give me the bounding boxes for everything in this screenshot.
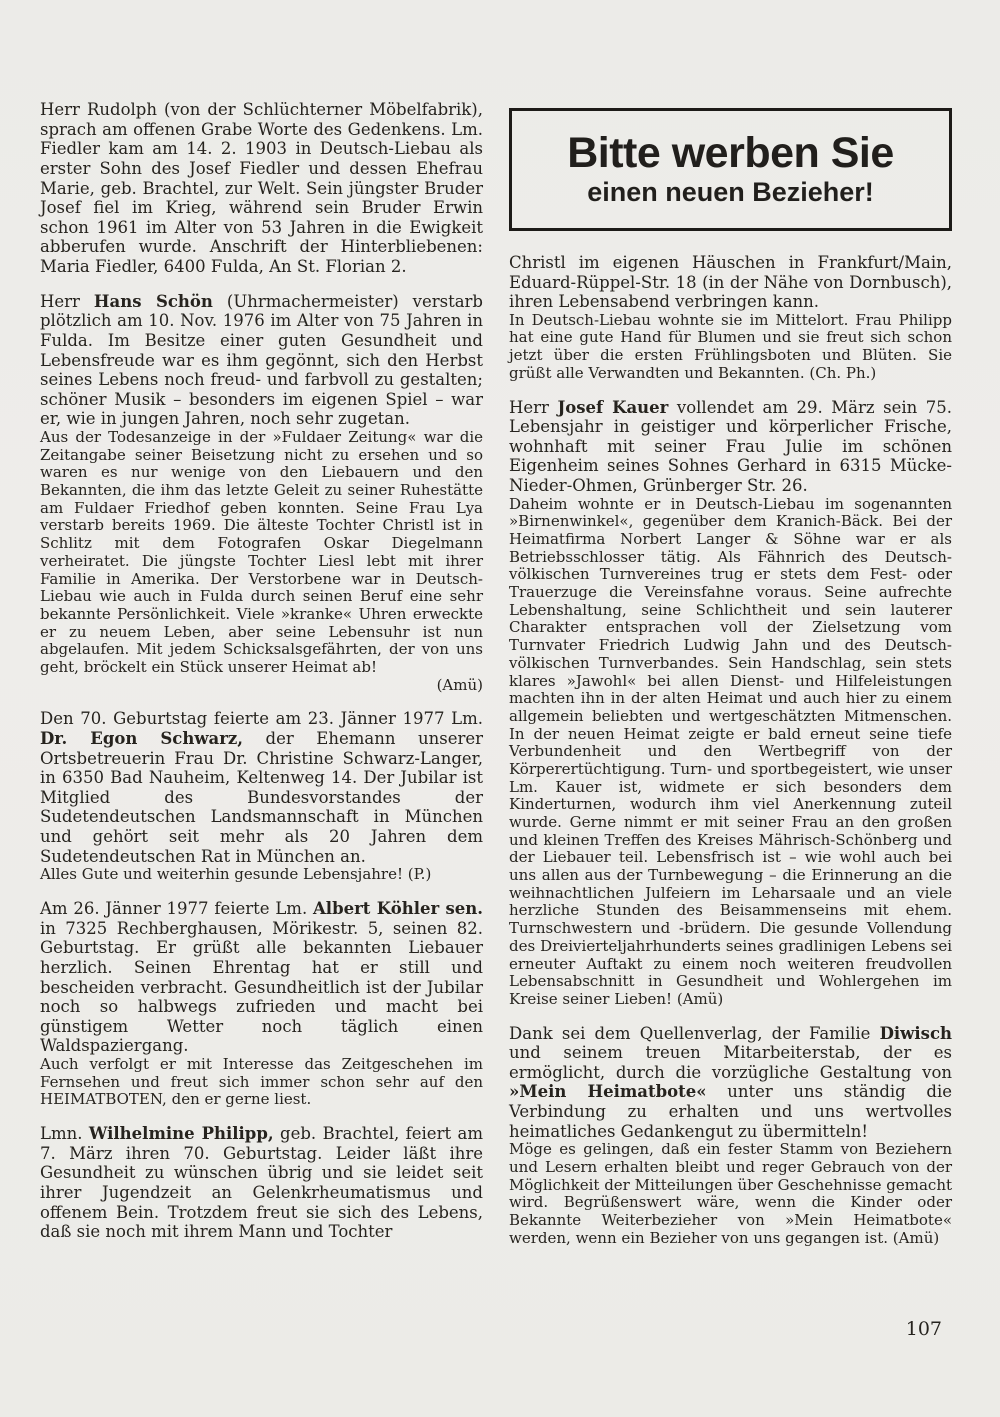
signature-text: (Amü) (437, 676, 483, 694)
paragraph-small: Alles Gute und weiterhin gesunde Lebensj… (40, 866, 483, 884)
obituary-fiedler-continuation: Herr Rudolph (von der Schlüchterner Möbe… (40, 100, 483, 277)
paragraph: Am 26. Jänner 1977 feierte Lm. Albert Kö… (40, 899, 483, 1056)
paragraph-text: der Ehemann unserer Ortsbetreuerin Frau … (40, 729, 483, 866)
birthday-egon-schwarz: Den 70. Geburtstag feierte am 23. Jänner… (40, 709, 483, 884)
birthday-albert-koehler: Am 26. Jänner 1977 feierte Lm. Albert Kö… (40, 899, 483, 1109)
paragraph-text: Aus der Todesanzeige in der »Fuldaer Zei… (40, 428, 483, 676)
person-name: Hans Schön (94, 292, 213, 311)
person-name: Dr. Egon Schwarz, (40, 729, 243, 748)
paragraph-small: Auch verfolgt er mit Interesse das Zeitg… (40, 1056, 483, 1109)
paragraph-text: Herr (40, 292, 94, 311)
paragraph-text: Möge es gelingen, daß ein fester Stamm v… (509, 1140, 952, 1246)
page-number: 107 (906, 1318, 942, 1340)
paragraph-text: In Deutsch-Liebau wohnte sie im Mittelor… (509, 311, 952, 382)
obituary-hans-schoen: Herr Hans Schön (Uhrmachermeister) verst… (40, 292, 483, 695)
paragraph: Den 70. Geburtstag feierte am 23. Jänner… (40, 709, 483, 866)
paragraph: Herr Rudolph (von der Schlüchterner Möbe… (40, 100, 483, 277)
birthday-josef-kauer: Herr Josef Kauer vollendet am 29. März s… (509, 398, 952, 1009)
paragraph: Lmn. Wilhelmine Philipp, geb. Brachtel, … (40, 1124, 483, 1242)
birthday-philipp-continuation: Christl im eigenen Häuschen in Frankfurt… (509, 253, 952, 383)
newsletter-page: Herr Rudolph (von der Schlüchterner Möbe… (0, 0, 1000, 1417)
publication-name: »Mein Heimatbote« (509, 1082, 707, 1101)
paragraph-text: Den 70. Geburtstag feierte am 23. Jänner… (40, 709, 483, 728)
paragraph-text: in 7325 Rechberghausen, Mörikestr. 5, se… (40, 919, 483, 1056)
signature: (Amü) (40, 677, 483, 695)
paragraph-text: (Uhrmachermeister) verstarb plötzlich am… (40, 292, 483, 429)
paragraph-text: Christl im eigenen Häuschen in Frankfurt… (509, 253, 952, 311)
person-name: Albert Köhler sen. (313, 899, 483, 918)
birthday-wilhelmine-philipp: Lmn. Wilhelmine Philipp, geb. Brachtel, … (40, 1124, 483, 1242)
person-name: Josef Kauer (557, 398, 668, 417)
right-column: Bitte werben Sie einen neuen Bezieher! C… (509, 100, 952, 1262)
paragraph-text: Herr (509, 398, 557, 417)
family-name: Diwisch (880, 1024, 952, 1043)
paragraph-text: Alles Gute und weiterhin gesunde Lebensj… (40, 865, 431, 883)
paragraph-text: Dank sei dem Quellenverlag, der Familie (509, 1024, 880, 1043)
left-column: Herr Rudolph (von der Schlüchterner Möbe… (40, 100, 483, 1262)
ad-headline: Bitte werben Sie (518, 131, 943, 176)
paragraph-small: Daheim wohnte er in Deutsch-Liebau im so… (509, 496, 952, 1009)
paragraph: Herr Hans Schön (Uhrmachermeister) verst… (40, 292, 483, 429)
paragraph-small: Möge es gelingen, daß ein fester Stamm v… (509, 1141, 952, 1247)
paragraph-text: Auch verfolgt er mit Interesse das Zeitg… (40, 1055, 483, 1108)
paragraph-text: Lmn. (40, 1124, 89, 1143)
subscription-ad-box: Bitte werben Sie einen neuen Bezieher! (509, 108, 952, 231)
thanks-quellenverlag: Dank sei dem Quellenverlag, der Familie … (509, 1024, 952, 1248)
paragraph-small: Aus der Todesanzeige in der »Fuldaer Zei… (40, 429, 483, 677)
paragraph-small: In Deutsch-Liebau wohnte sie im Mittelor… (509, 312, 952, 383)
paragraph-text: Herr Rudolph (von der Schlüchterner Möbe… (40, 100, 483, 276)
paragraph-text: Am 26. Jänner 1977 feierte Lm. (40, 899, 313, 918)
two-column-layout: Herr Rudolph (von der Schlüchterner Möbe… (40, 100, 952, 1262)
ad-subheadline: einen neuen Bezieher! (518, 176, 943, 210)
paragraph: Christl im eigenen Häuschen in Frankfurt… (509, 253, 952, 312)
paragraph: Dank sei dem Quellenverlag, der Familie … (509, 1024, 952, 1142)
paragraph: Herr Josef Kauer vollendet am 29. März s… (509, 398, 952, 496)
person-name: Wilhelmine Philipp, (89, 1124, 274, 1143)
paragraph-text: und seinem treuen Mitarbeiterstab, der e… (509, 1043, 952, 1082)
paragraph-text: Daheim wohnte er in Deutsch-Liebau im so… (509, 495, 952, 1008)
